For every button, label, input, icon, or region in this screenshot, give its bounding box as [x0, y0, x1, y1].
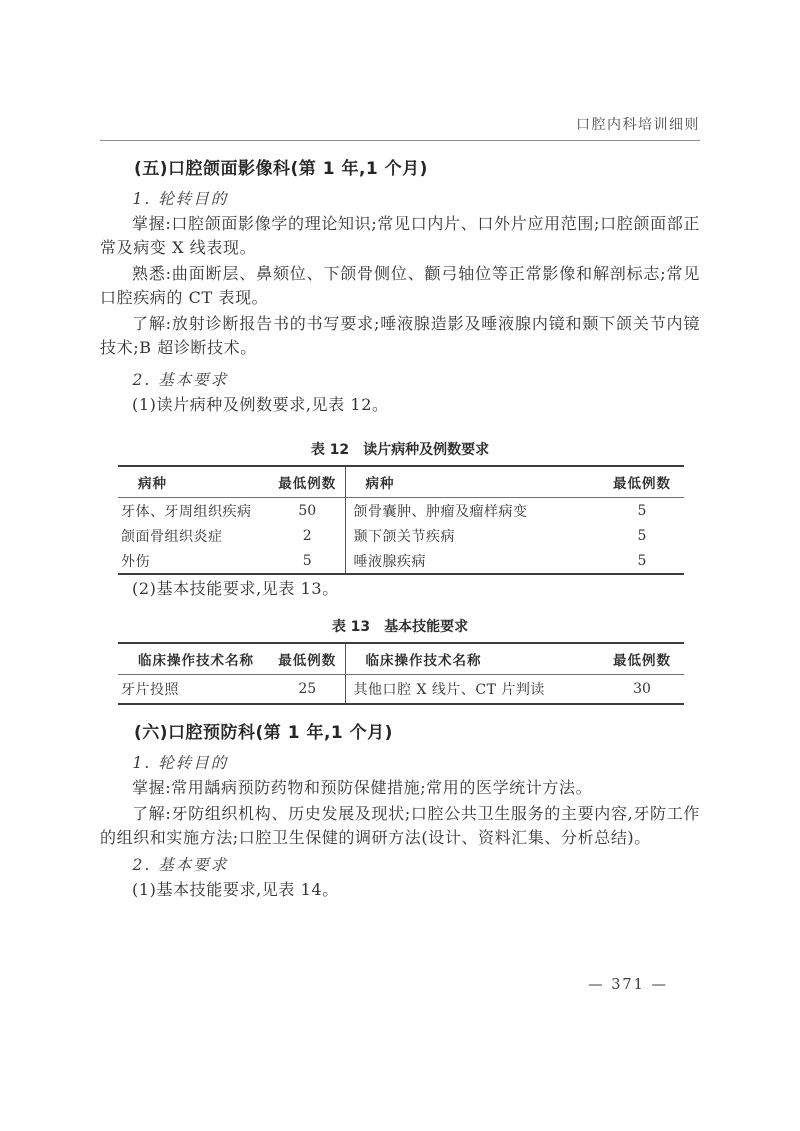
running-header: 口腔内科培训细则 — [100, 0, 700, 133]
section-6-paragraph-understand: 了解:牙防组织机构、历史发展及现状;口腔公共卫生服务的主要内容,牙防工作的组织和… — [100, 802, 700, 850]
table-cell: 30 — [600, 675, 684, 705]
column-header-min-cases-left: 最低例数 — [270, 643, 345, 675]
section-6-paragraph-master: 掌握:常用龋病预防药物和预防保健措施;常用的医学统计方法。 — [100, 776, 700, 800]
section-5-paragraph-master: 掌握:口腔颌面影像学的理论知识;常见口内片、口外片应用范围;口腔颌面部正常及病变… — [100, 212, 700, 260]
table-cell: 颌面骨组织炎症 — [118, 523, 270, 548]
table-cell: 5 — [600, 523, 684, 548]
table-12-header-row: 病种 最低例数 病种 最低例数 — [118, 466, 684, 498]
table-cell: 5 — [600, 548, 684, 574]
table-13-header-row: 临床操作技术名称 最低例数 临床操作技术名称 最低例数 — [118, 643, 684, 675]
table-cell: 牙片投照 — [118, 675, 270, 705]
column-header-disease-right: 病种 — [345, 466, 600, 498]
table-cell: 5 — [270, 548, 345, 574]
column-header-min-cases-left: 最低例数 — [270, 466, 345, 498]
table-cell: 外伤 — [118, 548, 270, 574]
header-rule — [100, 140, 700, 141]
table-13-caption-label: 表 13 — [332, 619, 370, 635]
table-row: 牙片投照 25 其他口腔 X 线片、CT 片判读 30 — [118, 675, 684, 705]
column-header-disease-left: 病种 — [118, 466, 270, 498]
section-5-requirement-1: (1)读片病种及例数要求,见表 12。 — [100, 393, 700, 417]
column-header-technique-left: 临床操作技术名称 — [118, 643, 270, 675]
table-row: 牙体、牙周组织疾病 50 颌骨囊肿、肿瘤及瘤样病变 5 — [118, 498, 684, 524]
table-13-caption-title: 基本技能要求 — [384, 619, 468, 635]
table-12-caption-title: 读片病种及例数要求 — [363, 442, 489, 458]
table-cell: 25 — [270, 675, 345, 705]
table-cell: 颞下颌关节疾病 — [345, 523, 600, 548]
book-page: { "page": { "running_header": "口腔内科培训细则"… — [0, 0, 800, 1131]
table-row: 颌面骨组织炎症 2 颞下颌关节疾病 5 — [118, 523, 684, 548]
page-content: 口腔内科培训细则 (五)口腔颌面影像科(第 1 年,1 个月) 1. 轮转目的 … — [0, 0, 800, 902]
section-6-heading: (六)口腔预防科(第 1 年,1 个月) — [100, 723, 700, 743]
column-header-min-cases-right: 最低例数 — [600, 466, 684, 498]
section-5-heading: (五)口腔颌面影像科(第 1 年,1 个月) — [100, 159, 700, 179]
table-cell: 颌骨囊肿、肿瘤及瘤样病变 — [345, 498, 600, 524]
table-cell: 其他口腔 X 线片、CT 片判读 — [345, 675, 600, 705]
table-12-caption: 表 12读片病种及例数要求 — [100, 441, 700, 459]
table-cell: 50 — [270, 498, 345, 524]
section-6-basic-requirements-item: 2. 基本要求 — [100, 854, 700, 876]
section-5-paragraph-familiar: 熟悉:曲面断层、鼻颏位、下颌骨侧位、颧弓轴位等正常影像和解剖标志;常见口腔疾病的… — [100, 262, 700, 310]
table-13-caption: 表 13基本技能要求 — [100, 618, 700, 636]
table-cell: 5 — [600, 498, 684, 524]
section-5-requirement-2: (2)基本技能要求,见表 13。 — [100, 577, 700, 601]
section-6-rotation-purpose-item: 1. 轮转目的 — [100, 752, 700, 774]
section-6-requirement-1: (1)基本技能要求,见表 14。 — [100, 878, 700, 902]
table-cell: 牙体、牙周组织疾病 — [118, 498, 270, 524]
table-12: 病种 最低例数 病种 最低例数 牙体、牙周组织疾病 50 颌骨囊肿、肿瘤及瘤样病… — [118, 465, 684, 575]
section-5-rotation-purpose-item: 1. 轮转目的 — [100, 188, 700, 210]
page-number: — 371 — — [588, 977, 668, 993]
table-13: 临床操作技术名称 最低例数 临床操作技术名称 最低例数 牙片投照 25 其他口腔… — [118, 642, 684, 705]
column-header-technique-right: 临床操作技术名称 — [345, 643, 600, 675]
section-5-basic-requirements-item: 2. 基本要求 — [100, 369, 700, 391]
table-cell: 唾液腺疾病 — [345, 548, 600, 574]
table-row: 外伤 5 唾液腺疾病 5 — [118, 548, 684, 574]
column-header-min-cases-right: 最低例数 — [600, 643, 684, 675]
section-5-paragraph-understand: 了解:放射诊断报告书的书写要求;唾液腺造影及唾液腺内镜和颞下颌关节内镜技术;B … — [100, 312, 700, 360]
table-12-caption-label: 表 12 — [311, 442, 349, 458]
table-cell: 2 — [270, 523, 345, 548]
